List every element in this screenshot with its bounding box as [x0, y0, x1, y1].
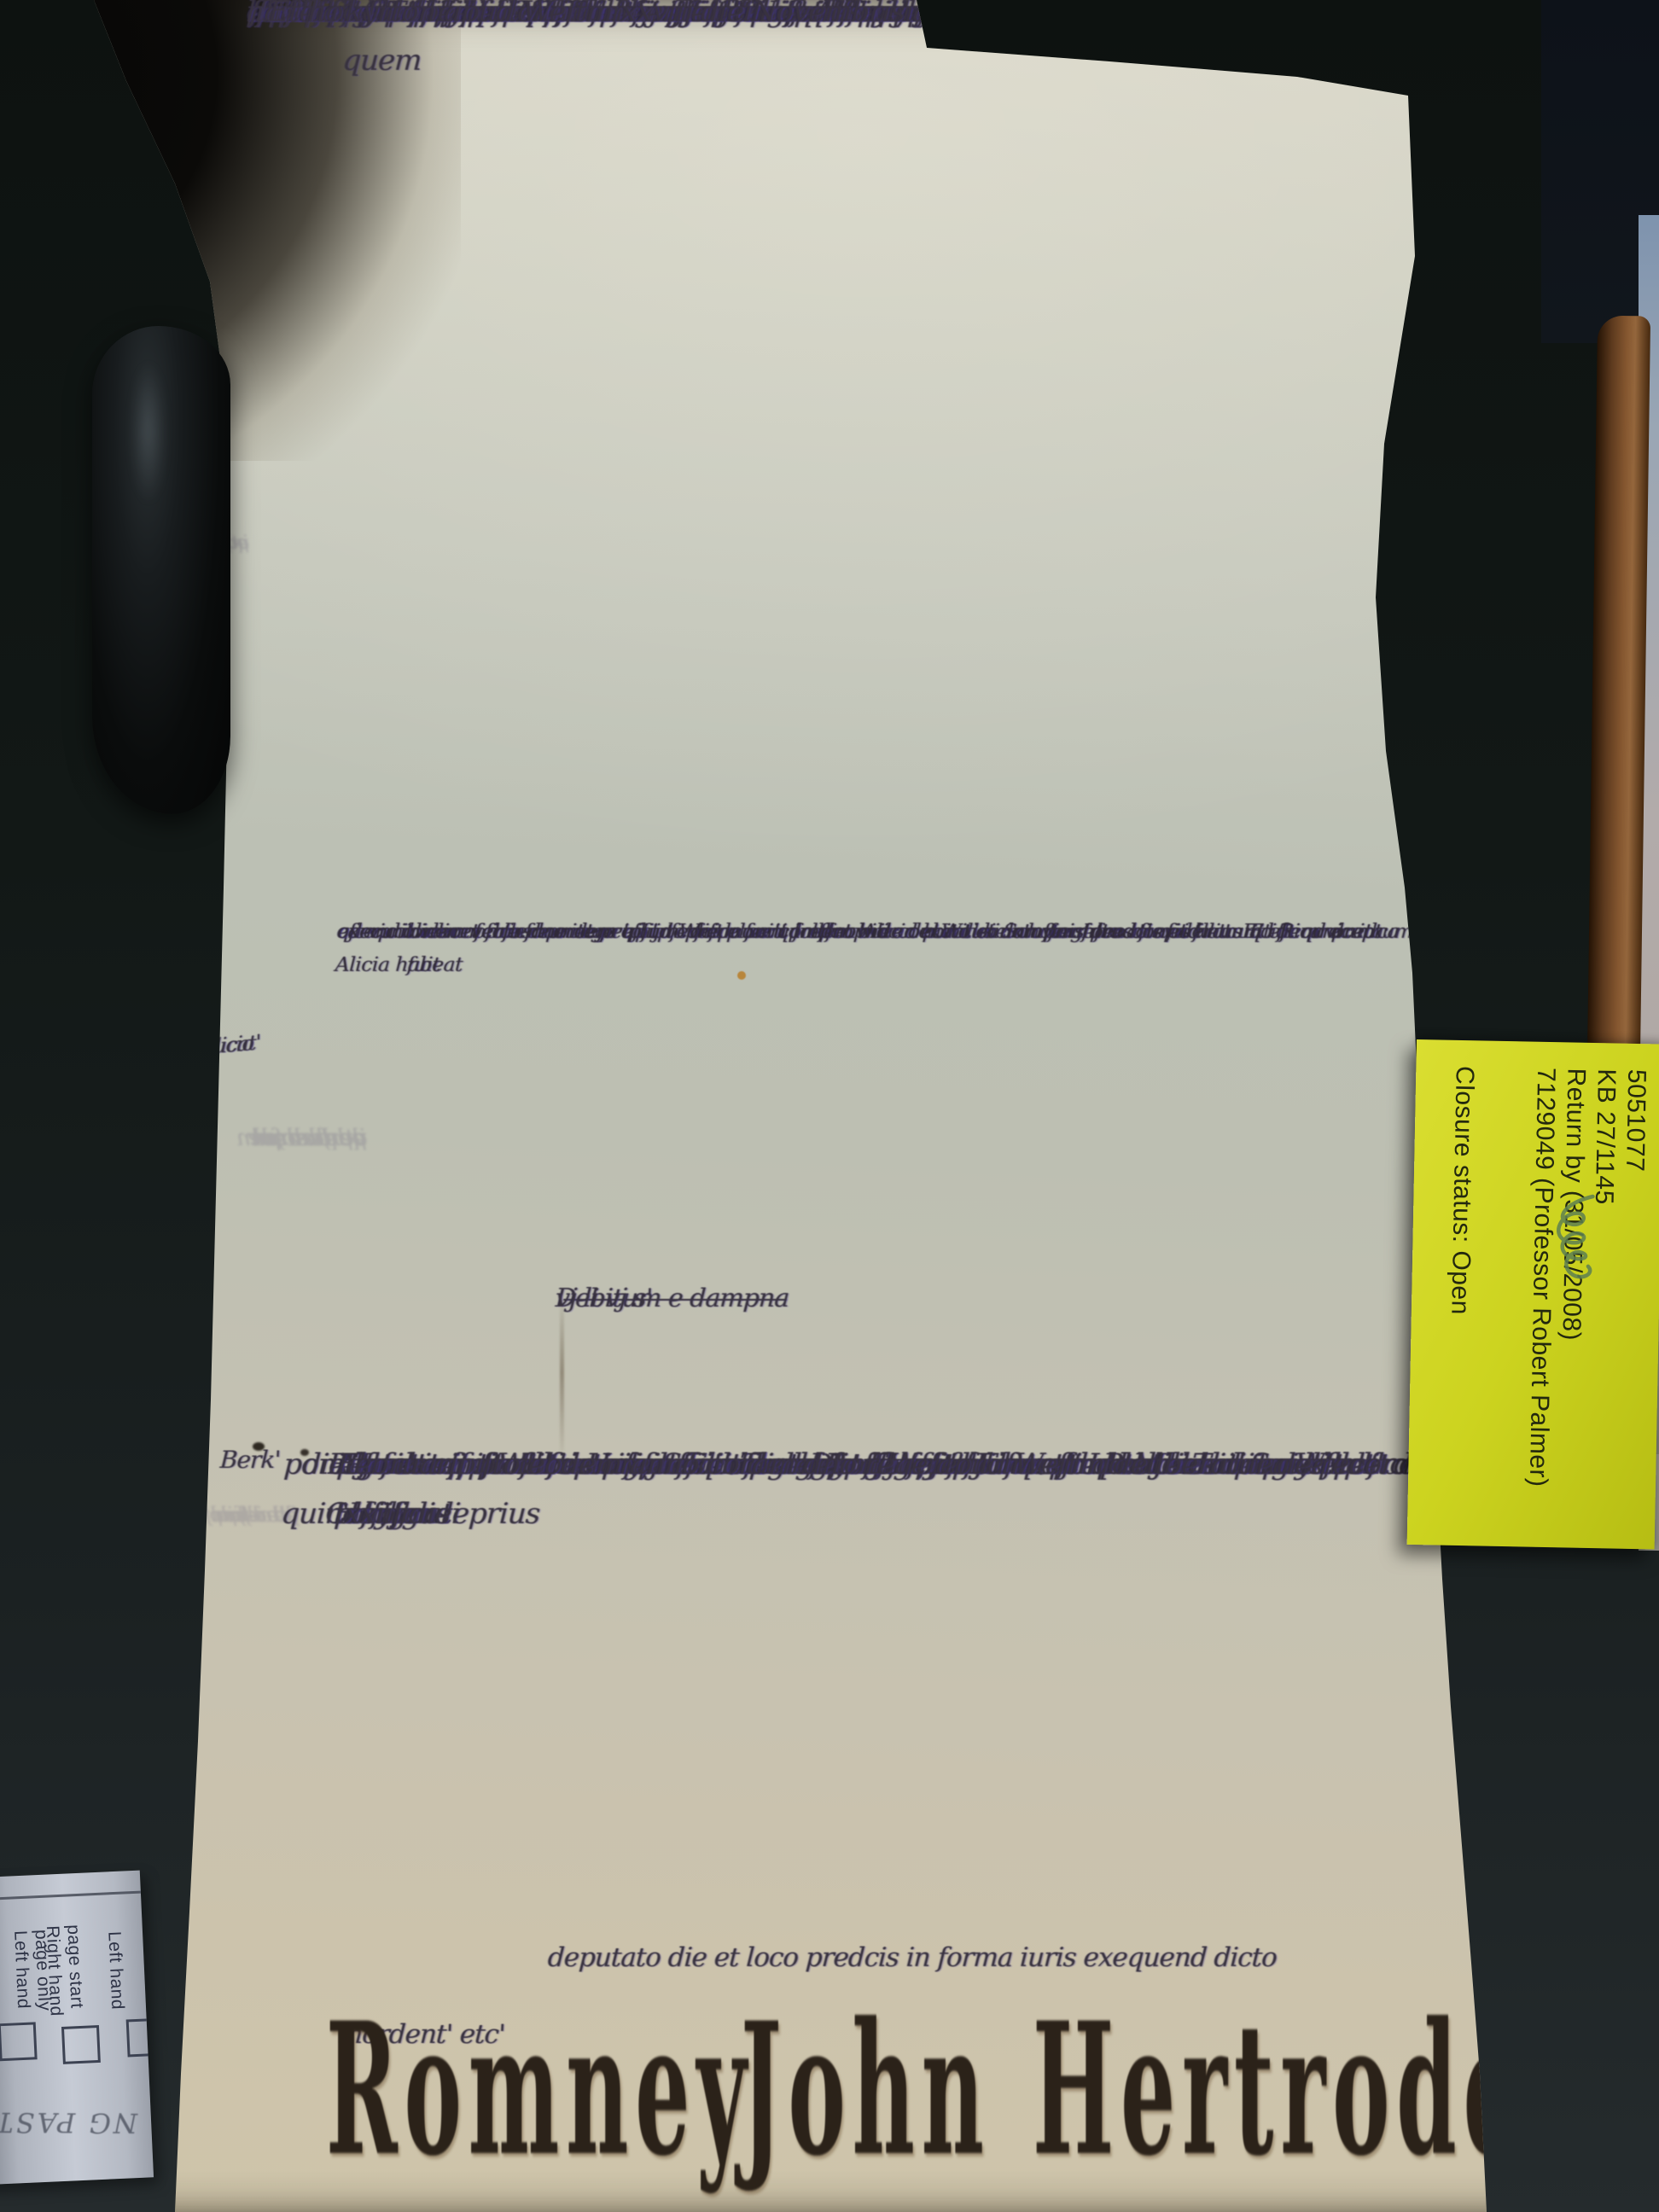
photo-of-plea-roll: 55 apud dnmp quer ſolin com pdet exec de… [0, 0, 1659, 2212]
slip-rule-line [0, 1891, 141, 1901]
option-label: Left hand [103, 1930, 154, 2011]
leather-weight [92, 326, 230, 814]
display-word: Romney [326, 1982, 754, 2197]
option-label: Right hand page start [42, 1924, 99, 2017]
parchment-membrane: apud dnmp quer ſolin com pdet exec deqd … [0, 0, 1659, 2212]
ink-speck [300, 1449, 309, 1456]
manuscript-line: kyrton apud Weſtm xxviij die Novembris a… [341, 0, 1441, 84]
county-marginal: Berk' [219, 1446, 281, 1474]
pagination-option-left-hand: Left hand [103, 1930, 154, 2058]
archive-request-slip: 5051077KB 27/1145Return by (31/05/2008)7… [1407, 1039, 1659, 1549]
marginal-line: adiudicat' [166, 1029, 260, 1064]
checkbox [0, 2022, 38, 2061]
pagination-option-right-page-start: Right hand page start [42, 1924, 101, 2064]
wooden-table-rail [1587, 316, 1650, 1061]
show-through-line: de dampn [251, 1115, 367, 1162]
manuscript-line: execucionem verſus eundem ipſum predcum … [336, 915, 1199, 948]
pencil-annotation: NG PAST [0, 2106, 137, 2139]
ink-speck [253, 1442, 265, 1451]
checkbox [126, 2018, 154, 2058]
slip-text: 5051077KB 27/1145Return by (31/05/2008)7… [1421, 1065, 1651, 1535]
option-label-line: page start [62, 1924, 87, 2017]
checkbox [61, 2025, 101, 2064]
parchment-crease [560, 1294, 564, 1452]
display-script-heading: Romney John Hertrode [0, 1976, 1659, 2212]
amber-speck [737, 971, 746, 980]
display-word: Hertrode [1033, 1982, 1524, 2197]
option-label-line: Left hand [103, 1931, 128, 2011]
display-word: John [741, 1982, 991, 2197]
subscript-line: deputato die et loco predcis in forma iu… [547, 1942, 1278, 1973]
pagination-check-slip: Left hand page only Right hand page star… [0, 1871, 154, 2186]
amount-value: vj li vj s' [555, 1284, 653, 1313]
slip-line: Closure status: Open [1441, 1066, 1480, 1533]
pen-signature [1538, 1184, 1611, 1296]
manuscript-line: Februarii iſto eodem anno coram dno rege… [335, 1441, 1429, 1490]
